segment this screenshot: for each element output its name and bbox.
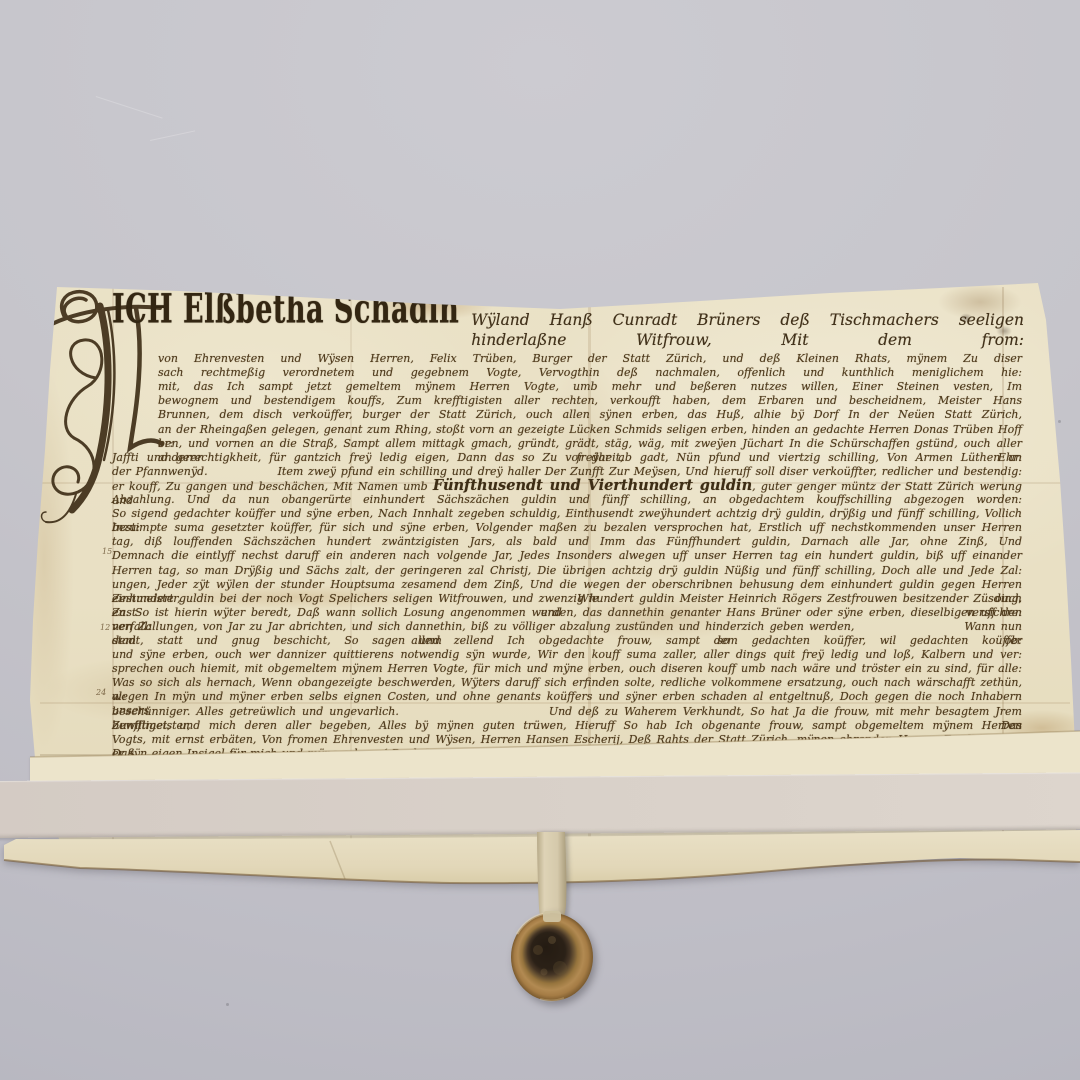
manuscript-line: einhundert guldin bei der noch Vogt Spel… xyxy=(112,592,1022,606)
manuscript-line: an der Rheingaßen gelegen, genant zum Rh… xyxy=(158,423,1022,437)
manuscript-line: bewognem und bestendigem kouffs, Zum kre… xyxy=(158,394,1022,408)
emphasized-sum: Fünfthusendt und Vierthundert guldin xyxy=(433,477,752,494)
manuscript-line: bewilliget, und mich deren aller begeben… xyxy=(112,719,1022,733)
margin-mark: 24 xyxy=(96,688,106,697)
manuscript-line: Was so sich als hernach, Wenn obangezeig… xyxy=(112,676,1022,690)
dust-speck xyxy=(1058,420,1061,423)
manuscript-line: wegen In mÿn und mÿner erben selbs eigne… xyxy=(112,690,1022,704)
manuscript-line: von Ehrenvesten und Wÿsen Herren, Felix … xyxy=(158,352,1022,366)
manuscript-line: er kouff, Zu gangen und beschächen, Mit … xyxy=(112,479,1022,493)
manuscript-line: Demnach die eintlyff nechst daruff ein a… xyxy=(112,549,1022,563)
manuscript-line: und sÿne erben, ouch wer dannizer quitti… xyxy=(112,648,1022,662)
manuscript-line: en. So ist hierin wÿter beredt, Daß wann… xyxy=(112,606,1022,620)
manuscript-line: So sigend gedachter koüffer und sÿne erb… xyxy=(112,507,1022,521)
manuscript-line: ungen, Jeder zÿt wÿlen der stunder Houpt… xyxy=(112,578,1022,592)
manuscript-line: beschünniger. Alles getreüwlich und unge… xyxy=(112,705,1022,719)
manuscript-line: tag, diß louffenden Sächszächen hundert … xyxy=(112,535,1022,549)
manuscript-line: stadt, statt und gnug beschicht, So sage… xyxy=(112,634,1022,648)
heading-continuation: Wÿland Hanß Cunradt Brüners deß Tischmac… xyxy=(471,310,1024,350)
manuscript-line: nen Zallungen, von Jar zu Jar abrichten,… xyxy=(112,620,1022,634)
manuscript-line: er sÿn eigen Insigel für mich und mÿne e… xyxy=(112,747,1022,761)
mounting-band xyxy=(0,772,1080,838)
manuscript-line: sprechen ouch hiemit, mit obgemeltem mÿn… xyxy=(112,662,1022,676)
manuscript-line: Vogts, mit ernst erbäten, Von fromen Ehr… xyxy=(112,733,1022,747)
manuscript-line: mit, das Ich sampt jetzt gemeltem mÿnem … xyxy=(158,380,1022,394)
dust-speck xyxy=(226,1003,229,1006)
margin-mark: 12 xyxy=(100,623,110,632)
background-scratch xyxy=(150,130,195,141)
manuscript-line: Brunnen, dem disch verkoüffer, burger de… xyxy=(158,408,1022,422)
manuscript-line: Jaffti und gerechtigkheit, für gantzich … xyxy=(112,451,1022,465)
manuscript-line: ben, und vornen an die Straß, Sampt alle… xyxy=(158,437,1022,451)
manuscript-line: Herren tag, so man Drÿßig und Sächs zalt… xyxy=(112,564,1022,578)
margin-mark: 15 xyxy=(102,547,112,556)
manuscript-line: bestimpte suma gesetzter koüffer, für si… xyxy=(112,521,1022,535)
manuscript-line: sach rechtmeßig verordnetem und gegebnem… xyxy=(158,366,1022,380)
background-scratch xyxy=(96,96,163,119)
manuscript-line: Abzahlung. Und da nun obangerürte einhun… xyxy=(112,493,1022,507)
